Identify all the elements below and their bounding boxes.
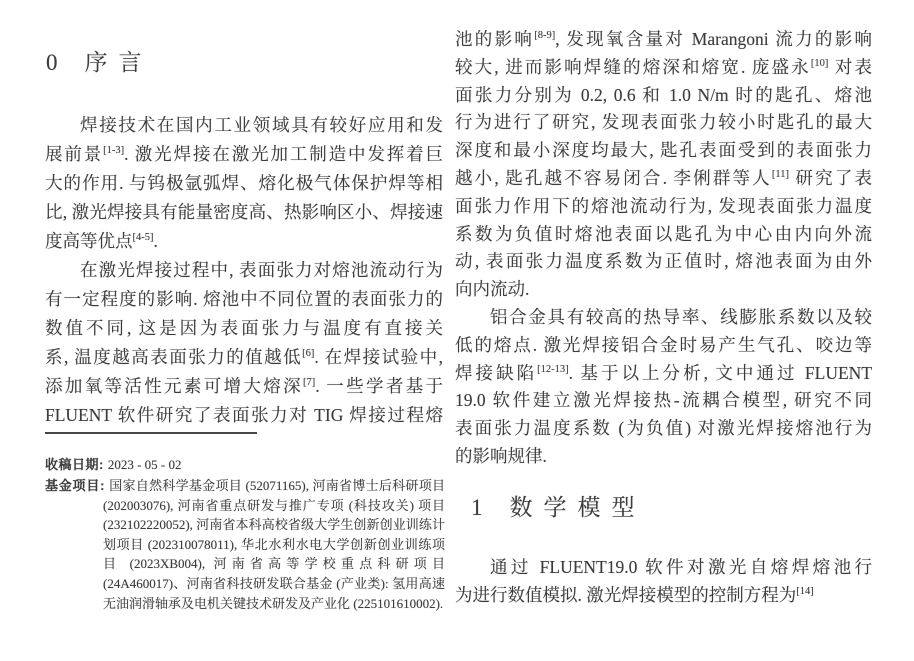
citation-superscript: [1-3] xyxy=(103,145,124,156)
text-line: 19.0 软件建立激光焊接热-流耦合模型, 研究不同 xyxy=(455,387,872,415)
text-line: 越小, 匙孔越不容易闭合. 李俐群等人[11] 研究了表 xyxy=(455,165,872,193)
footnote-divider xyxy=(45,432,257,434)
text-line: 焊接技术在国内工业领域具有较好应用和发 xyxy=(45,111,443,140)
text-line: 的影响规律. xyxy=(455,443,872,471)
paragraph-intro-2: 在激光焊接过程中, 表面张力对熔池流动行为有一定程度的影响. 熔池中不同位置的表… xyxy=(45,256,443,430)
right-column-text: 池的影响[8-9], 发现氧含量对 Marangoni 流力的影响较大, 进而影… xyxy=(455,26,872,471)
left-column-text: 焊接技术在国内工业领域具有较好应用和发展前景[1-3]. 激光焊接在激光加工制造… xyxy=(45,111,443,430)
text-line: 向内流动. xyxy=(455,276,872,304)
paper-page: 0序言 焊接技术在国内工业领域具有较好应用和发展前景[1-3]. 激光焊接在激光… xyxy=(0,0,914,661)
text-line: FLUENT 软件研究了表面张力对 TIG 焊接过程熔 xyxy=(45,401,443,430)
text-line: 系数为负值时熔池表面以匙孔为中心由内向外流 xyxy=(455,221,872,249)
citation-superscript: [7] xyxy=(303,377,315,388)
text-line: 大的作用. 与钨极氩弧焊、熔化极气体保护焊等相 xyxy=(45,169,443,198)
paragraph-intro-1: 焊接技术在国内工业领域具有较好应用和发展前景[1-3]. 激光焊接在激光加工制造… xyxy=(45,111,443,256)
text-line: 池的影响[8-9], 发现氧含量对 Marangoni 流力的影响 xyxy=(455,26,872,54)
text-line: 在激光焊接过程中, 表面张力对熔池流动行为 xyxy=(45,256,443,285)
text-line: 系, 温度越高表面张力的值越低[6]. 在焊接试验中, xyxy=(45,343,443,372)
footnote-funding: 基金项目:国家自然科学基金项目 (52071165), 河南省博士后科研项目 (… xyxy=(45,476,445,613)
section-heading-1: 1数学模型 xyxy=(471,493,646,523)
citation-superscript: [12-13] xyxy=(537,364,569,375)
text-line: 表面张力温度系数 (为负值) 对激光焊接熔池行为 xyxy=(455,415,872,443)
section-number: 1 xyxy=(471,493,483,523)
text-line: 铝合金具有较高的热导率、线膨胀系数以及较 xyxy=(455,304,872,332)
citation-superscript: [10] xyxy=(811,58,829,69)
text-line: 深度和最小深度均最大, 匙孔表面受到的表面张力 xyxy=(455,137,872,165)
text-line: 度高等优点[4-5]. xyxy=(45,227,443,256)
text-line: 行为进行了研究, 发现表面张力较小时匙孔的最大 xyxy=(455,109,872,137)
citation-superscript: [8-9] xyxy=(534,30,555,41)
citation-superscript: [4-5] xyxy=(133,232,154,243)
section-number: 0 xyxy=(46,48,58,78)
text-line: 展前景[1-3]. 激光焊接在激光加工制造中发挥着巨 xyxy=(45,140,443,169)
paragraph-model: 通过 FLUENT19.0 软件对激光自熔焊熔池行为进行数值模拟. 激光焊接模型… xyxy=(455,554,872,610)
citation-superscript: [6] xyxy=(302,348,314,359)
section-heading-0: 0序言 xyxy=(46,48,153,78)
text-line: 有一定程度的影响. 熔池中不同位置的表面张力的 xyxy=(45,285,443,314)
section-title: 数学模型 xyxy=(510,495,646,520)
paragraph-aluminum: 铝合金具有较高的热导率、线膨胀系数以及较低的熔点. 激光焊接铝合金时易产生气孔、… xyxy=(455,304,872,471)
text-line: 低的熔点. 激光焊接铝合金时易产生气孔、咬边等 xyxy=(455,332,872,360)
text-line: 面张力分别为 0.2, 0.6 和 1.0 N/m 时的匙孔、熔池 xyxy=(455,82,872,110)
footnote: 收稿日期:2023 - 05 - 02 基金项目:国家自然科学基金项目 (520… xyxy=(45,432,445,613)
paragraph-intro-continued: 池的影响[8-9], 发现氧含量对 Marangoni 流力的影响较大, 进而影… xyxy=(455,26,872,304)
right-column-text-2: 通过 FLUENT19.0 软件对激光自熔焊熔池行为进行数值模拟. 激光焊接模型… xyxy=(455,554,872,610)
text-line: 为进行数值模拟. 激光焊接模型的控制方程为[14] xyxy=(455,582,872,610)
text-line: 面张力作用下的熔池流动行为, 发现表面张力温度 xyxy=(455,193,872,221)
funding-text: 国家自然科学基金项目 (52071165), 河南省博士后科研项目 (20200… xyxy=(103,478,445,611)
citation-superscript: [11] xyxy=(772,169,789,180)
text-line: 焊接缺陷[12-13]. 基于以上分析, 文中通过 FLUENT xyxy=(455,360,872,388)
received-date-label: 收稿日期: xyxy=(45,457,104,472)
text-line: 数值不同, 这是因为表面张力与温度有直接关 xyxy=(45,314,443,343)
text-line: 添加氧等活性元素可增大熔深[7]. 一些学者基于 xyxy=(45,372,443,401)
text-line: 通过 FLUENT19.0 软件对激光自熔焊熔池行 xyxy=(455,554,872,582)
section-title: 序言 xyxy=(85,50,153,75)
text-line: 较大, 进而影响焊缝的熔深和熔宽. 庞盛永[10] 对表 xyxy=(455,54,872,82)
text-line: 动, 表面张力温度系数为正值时, 熔池表面为由外 xyxy=(455,248,872,276)
received-date-value: 2023 - 05 - 02 xyxy=(108,457,182,472)
text-line: 比, 激光焊接具有能量密度高、热影响区小、焊接速 xyxy=(45,198,443,227)
funding-label: 基金项目: xyxy=(45,478,105,493)
citation-superscript: [14] xyxy=(796,586,814,597)
footnote-received-date: 收稿日期:2023 - 05 - 02 xyxy=(45,455,445,475)
